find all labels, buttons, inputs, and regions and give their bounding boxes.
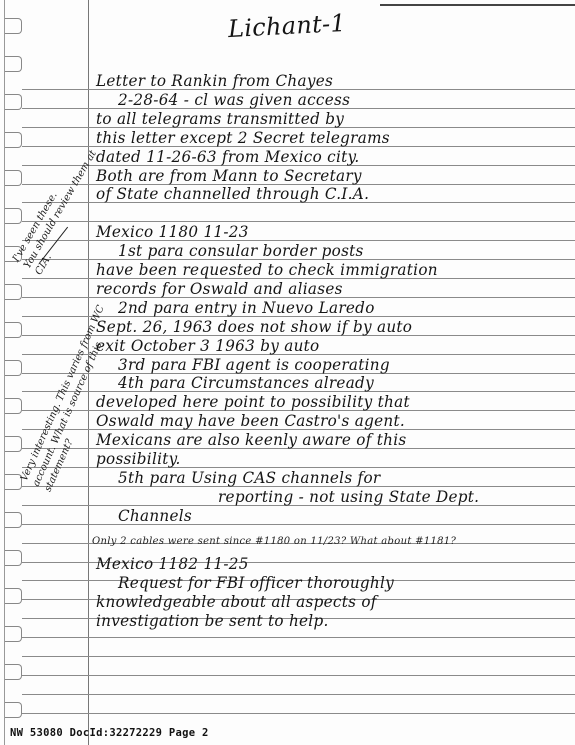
handwritten-line: records for Oswald and aliases <box>96 280 343 298</box>
binding-tab <box>5 360 22 376</box>
handwritten-line: Oswald may have been Castro's agent. <box>96 412 405 430</box>
binding-tab <box>5 550 22 566</box>
binding-tab <box>5 94 22 110</box>
handwritten-line: 4th para Circumstances already <box>118 374 374 392</box>
handwritten-line: this letter except 2 Secret telegrams <box>96 129 390 147</box>
handwritten-line: Both are from Mann to Secretary <box>96 167 362 185</box>
handwritten-line: have been requested to check immigration <box>96 261 438 279</box>
handwritten-line: knowledgeable about all aspects of <box>96 593 377 611</box>
handwritten-line: Mexico 1180 11-23 <box>96 223 249 241</box>
ruled-line <box>22 656 575 657</box>
ruled-line <box>22 221 575 222</box>
binding-tab <box>5 702 22 718</box>
document-page: Lichant-1 Letter to Rankin from Chayes2-… <box>0 0 575 745</box>
handwritten-line: investigation be sent to help. <box>96 612 329 630</box>
top-edge-mark <box>380 4 575 6</box>
handwritten-line: developed here point to possibility that <box>96 393 410 411</box>
ruled-line <box>22 694 575 695</box>
handwritten-line: to all telegrams transmitted by <box>96 110 344 128</box>
ruled-line <box>22 524 575 525</box>
handwritten-line: 2-28-64 - cl was given access <box>118 91 350 109</box>
handwritten-line: 2nd para entry in Nuevo Laredo <box>118 299 375 317</box>
handwritten-line: Channels <box>118 507 192 525</box>
ruled-line <box>22 675 575 676</box>
binding-tab <box>5 208 22 224</box>
binding-tab <box>5 664 22 680</box>
handwritten-line: reporting - not using State Dept. <box>218 488 479 506</box>
binding-tab <box>5 512 22 528</box>
interline-annotation: Only 2 cables were sent since #1180 on 1… <box>92 536 456 547</box>
handwritten-line: Mexico 1182 11-25 <box>96 555 249 573</box>
handwritten-line: exit October 3 1963 by auto <box>96 337 320 355</box>
binding-tab <box>5 18 22 34</box>
document-footer: NW 53080 DocId:32272229 Page 2 <box>10 727 209 739</box>
binding-tab <box>5 436 22 452</box>
binding-tab <box>5 398 22 414</box>
document-title: Lichant-1 <box>227 9 346 43</box>
handwritten-line: possibility. <box>96 450 181 468</box>
handwritten-line: 5th para Using CAS channels for <box>118 469 380 487</box>
binding-tab <box>5 588 22 604</box>
binding-tab <box>5 284 22 300</box>
binding-tab <box>5 626 22 642</box>
binding-tab <box>5 170 22 186</box>
ruled-line <box>22 637 575 638</box>
handwritten-line: Mexicans are also keenly aware of this <box>96 431 407 449</box>
handwritten-line: Sept. 26, 1963 does not show if by auto <box>96 318 412 336</box>
handwritten-line: dated 11-26-63 from Mexico city. <box>96 148 359 166</box>
ruled-line <box>22 713 575 714</box>
handwritten-line: Request for FBI officer thoroughly <box>118 574 394 592</box>
handwritten-line: 1st para consular border posts <box>118 242 364 260</box>
binding-tab <box>5 132 22 148</box>
binding-tab <box>5 56 22 72</box>
handwritten-line: of State channelled through C.I.A. <box>96 185 369 203</box>
handwritten-line: Letter to Rankin from Chayes <box>96 72 333 90</box>
handwritten-line: 3rd para FBI agent is cooperating <box>118 356 390 374</box>
binding-tab <box>5 322 22 338</box>
